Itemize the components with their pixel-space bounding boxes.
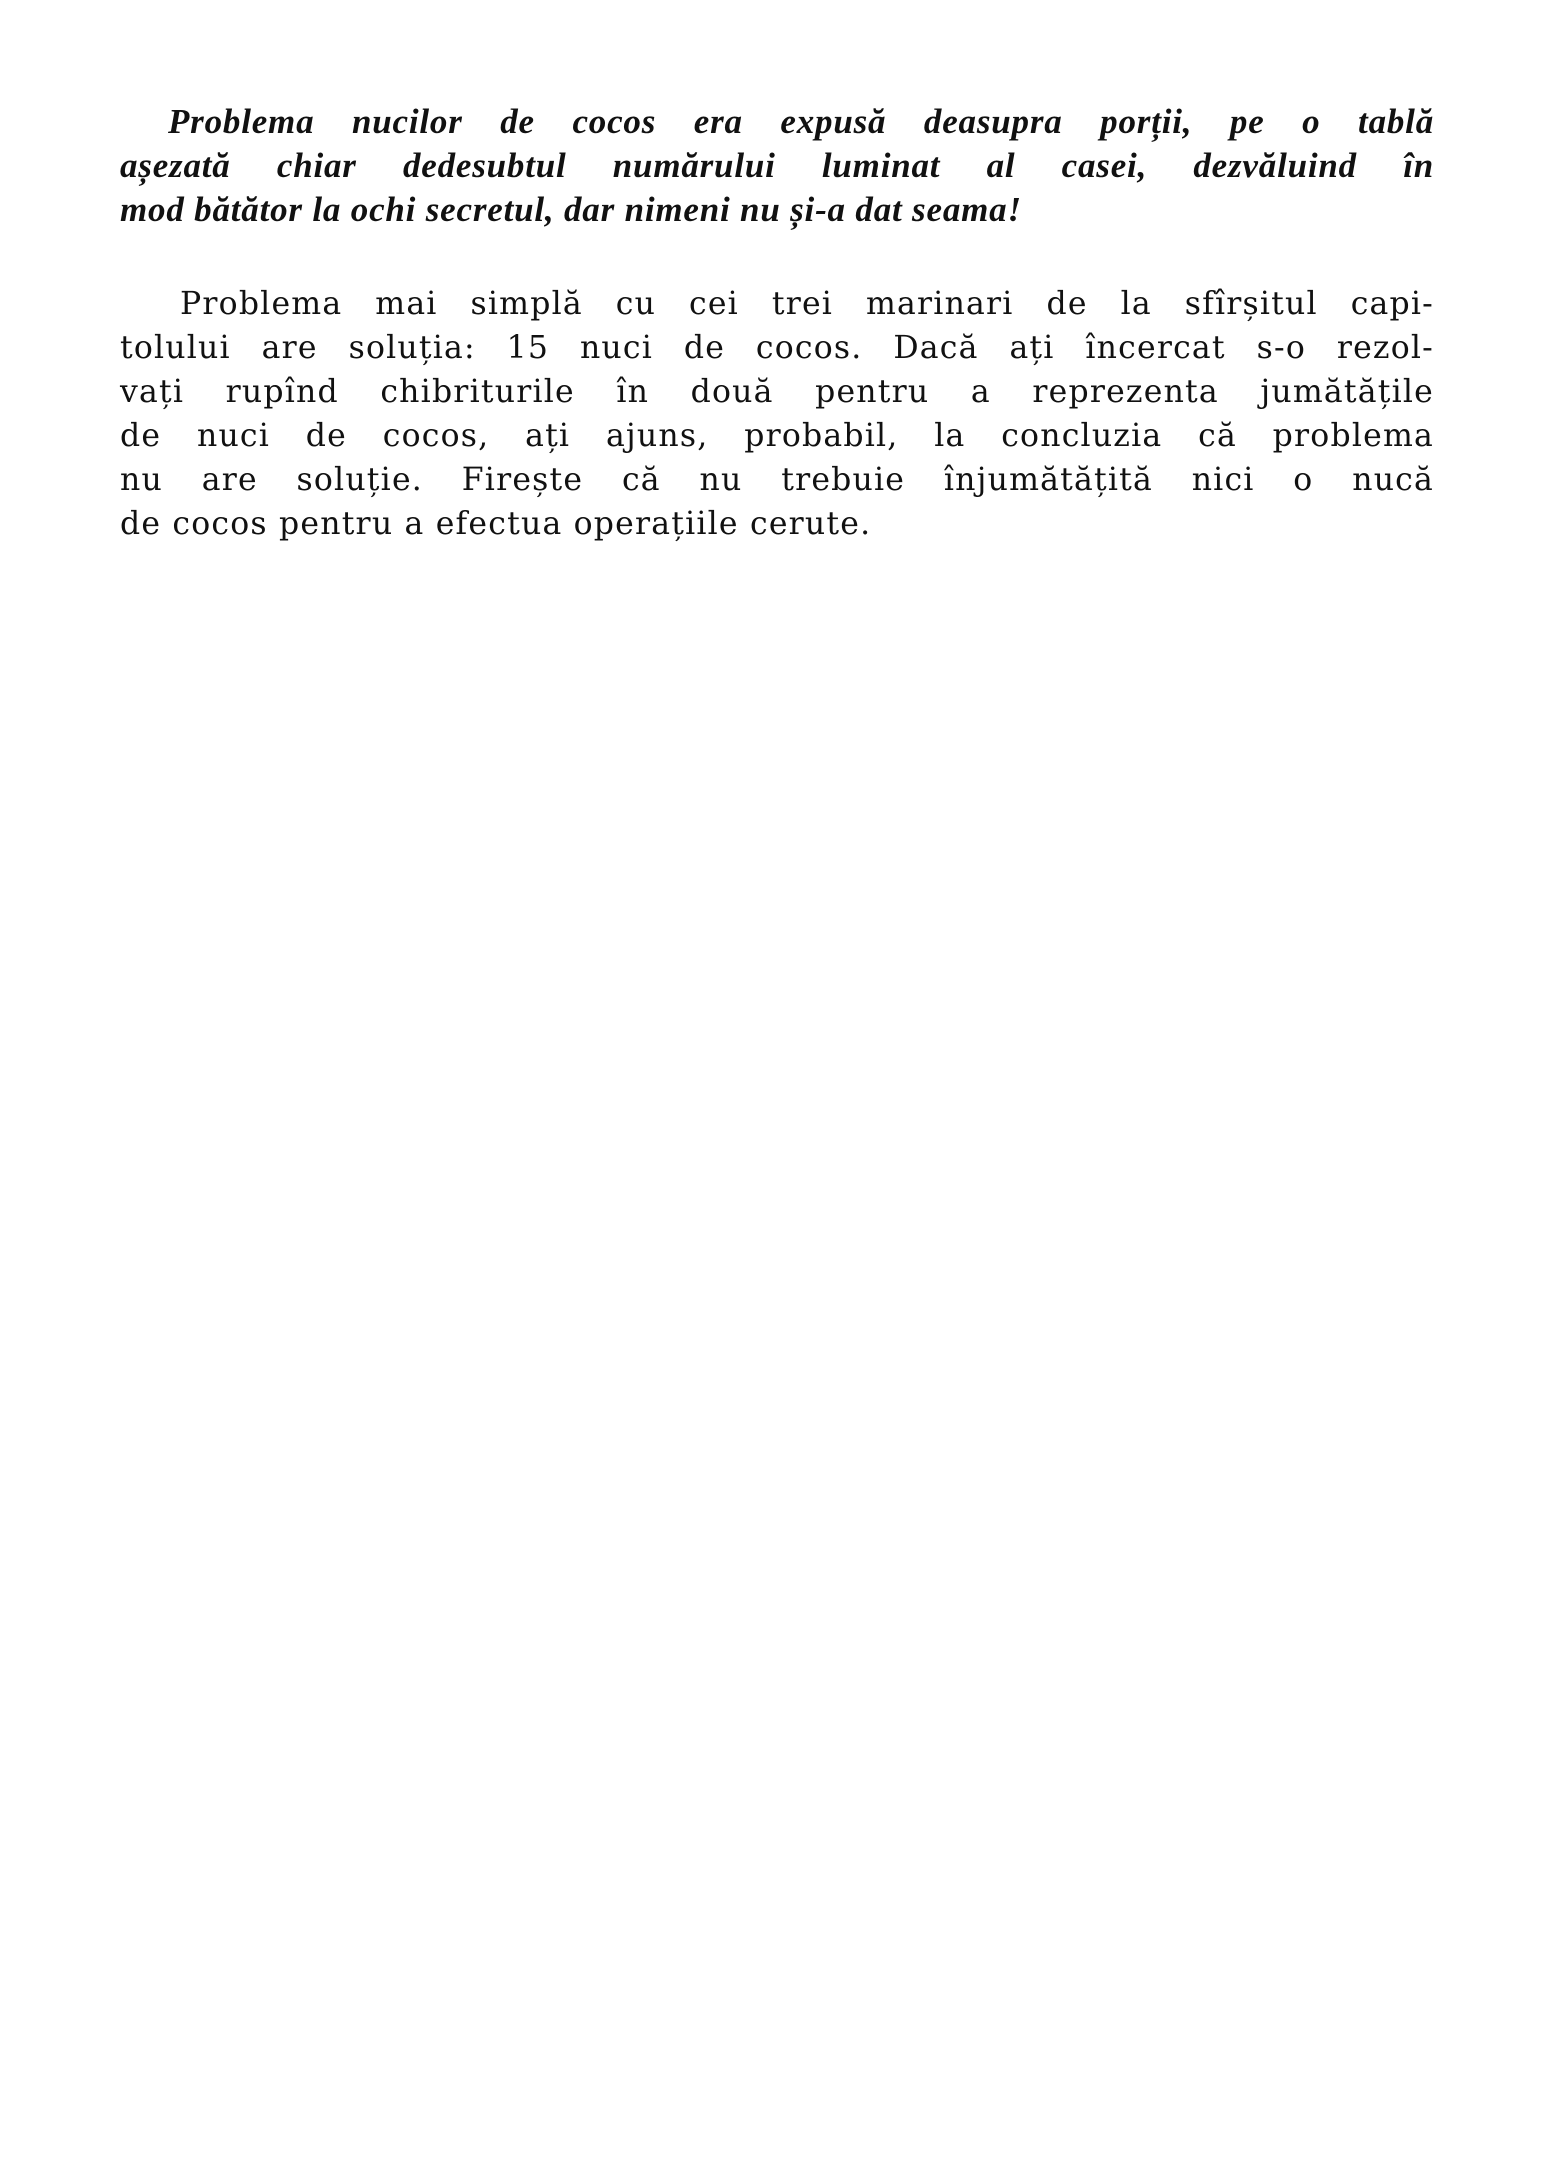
text-line: de cocos pentru a efectua operațiile cer… (120, 502, 1434, 546)
text-line: așezată chiar dedesubtul numărului lumin… (120, 144, 1434, 188)
text-line: de nuci de cocos, ați ajuns, probabil, l… (120, 414, 1434, 458)
italic-note-paragraph: Problema nucilor de cocos era expusă dea… (120, 100, 1434, 232)
text-line: Problema mai simplă cu cei trei marinari… (120, 282, 1434, 326)
solution-paragraph: Problema mai simplă cu cei trei marinari… (120, 282, 1434, 546)
document-page: Problema nucilor de cocos era expusă dea… (120, 100, 1434, 546)
text-line: tolului are soluția: 15 nuci de cocos. D… (120, 326, 1434, 370)
text-line: vați rupînd chibriturile în două pentru … (120, 370, 1434, 414)
text-line: nu are soluție. Firește că nu trebuie în… (120, 458, 1434, 502)
text-line: mod bătător la ochi secretul, dar nimeni… (120, 188, 1434, 232)
text-line: Problema nucilor de cocos era expusă dea… (120, 100, 1434, 144)
